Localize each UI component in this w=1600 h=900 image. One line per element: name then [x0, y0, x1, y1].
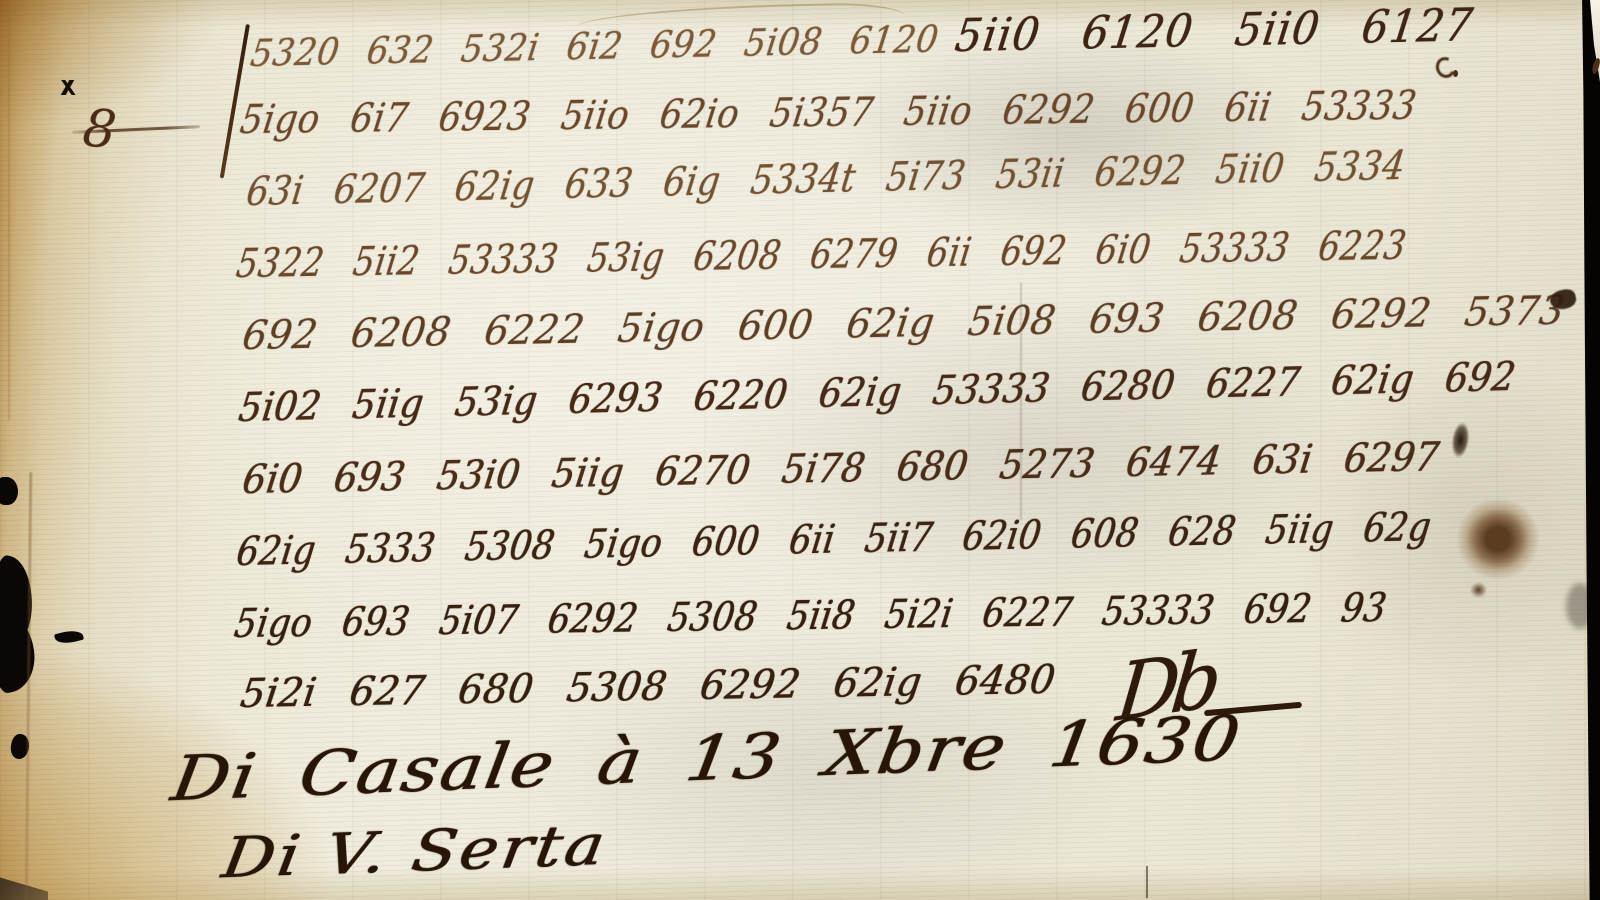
- upper-left-crease: [8, 0, 10, 420]
- ink-fleck-dot: [1453, 70, 1458, 77]
- bottom-crease-mark: [1146, 866, 1148, 898]
- cipher-line-1-dark-segment: 5ii0 6120 5ii0 6127: [952, 0, 1477, 62]
- ink-fleck-top-left: [60, 80, 76, 95]
- center-fold-crease: [1020, 282, 1022, 520]
- signature: Di V. Serta: [218, 813, 612, 892]
- manuscript-scan: 8 5320 632 532i 6i2 692 5i08 61205ii0 61…: [0, 0, 1600, 900]
